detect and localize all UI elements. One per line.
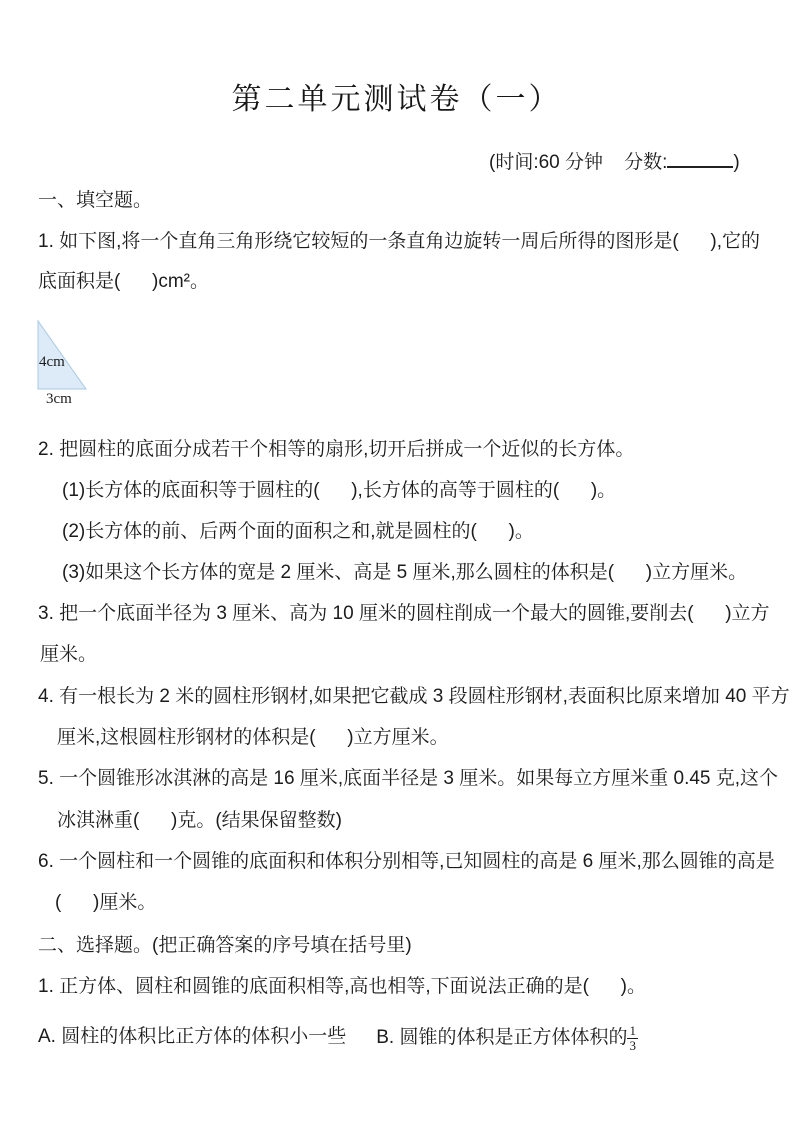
time-score-line: (时间:60 分钟 分数:) — [489, 148, 740, 176]
question-1-line-1: 1. 如下图,将一个直角三角形绕它较短的一条直角边旋转一周后所得的图形是( ),… — [38, 229, 760, 255]
right-triangle-figure: 4cm 3cm — [36, 320, 146, 412]
time-score-suffix: ) — [733, 152, 739, 173]
choice-question-1: 1. 正方体、圆柱和圆锥的底面积相等,高也相等,下面说法正确的是( )。 — [38, 974, 646, 1000]
section-heading-fill-blank: 一、填空题。 — [38, 188, 152, 214]
question-5-line-2: 冰淇淋重( )克。(结果保留整数) — [57, 808, 342, 834]
time-score-prefix: (时间:60 分钟 分数: — [489, 152, 667, 173]
section-heading-choice-main: 二、选择题。 — [38, 935, 152, 956]
option-b-text: B. 圆锥的体积是正方体体积的 — [376, 1027, 627, 1048]
triangle-base-label: 3cm — [46, 391, 72, 408]
triangle-height-label: 4cm — [39, 354, 65, 371]
choice-question-1-options: A. 圆柱的体积比正方体的体积小一些 B. 圆锥的体积是正方体体积的13 — [38, 1024, 638, 1052]
section-heading-choice: 二、选择题。(把正确答案的序号填在括号里) — [38, 933, 412, 959]
fraction-numerator: 1 — [627, 1024, 638, 1038]
question-3-line-2: 厘米。 — [40, 642, 97, 668]
question-1-line-2: 底面积是( )cm²。 — [38, 269, 209, 295]
page-title: 第二单元测试卷（一） — [0, 80, 793, 120]
question-2-sub-3: (3)如果这个长方体的宽是 2 厘米、高是 5 厘米,那么圆柱的体积是( )立方… — [62, 560, 747, 586]
option-b: B. 圆锥的体积是正方体体积的13 — [376, 1024, 638, 1052]
option-a: A. 圆柱的体积比正方体的体积小一些 — [38, 1024, 346, 1050]
score-blank-underline — [667, 148, 733, 168]
question-4-line-2: 厘米,这根圆柱形钢材的体积是( )立方厘米。 — [57, 725, 449, 751]
question-2-intro: 2. 把圆柱的底面分成若干个相等的扇形,切开后拼成一个近似的长方体。 — [38, 437, 634, 463]
fraction-denominator: 3 — [627, 1038, 638, 1053]
question-5-line-1: 5. 一个圆锥形冰淇淋的高是 16 厘米,底面半径是 3 厘米。如果每立方厘米重… — [38, 766, 778, 792]
question-4-line-1: 4. 有一根长为 2 米的圆柱形钢材,如果把它截成 3 段圆柱形钢材,表面积比原… — [38, 684, 790, 710]
question-6-line-1: 6. 一个圆柱和一个圆锥的底面积和体积分别相等,已知圆柱的高是 6 厘米,那么圆… — [38, 849, 775, 875]
question-6-line-2: ( )厘米。 — [55, 890, 156, 916]
question-2-sub-1: (1)长方体的底面积等于圆柱的( ),长方体的高等于圆柱的( )。 — [62, 478, 616, 504]
question-2-sub-2: (2)长方体的前、后两个面的面积之和,就是圆柱的( )。 — [62, 519, 534, 545]
question-3-line-1: 3. 把一个底面半径为 3 厘米、高为 10 厘米的圆柱削成一个最大的圆锥,要削… — [38, 601, 770, 627]
section-heading-choice-note: (把正确答案的序号填在括号里) — [152, 935, 412, 956]
option-b-fraction: 13 — [627, 1024, 638, 1052]
test-paper-page: 第二单元测试卷（一） (时间:60 分钟 分数:) 一、填空题。 1. 如下图,… — [0, 0, 793, 1122]
